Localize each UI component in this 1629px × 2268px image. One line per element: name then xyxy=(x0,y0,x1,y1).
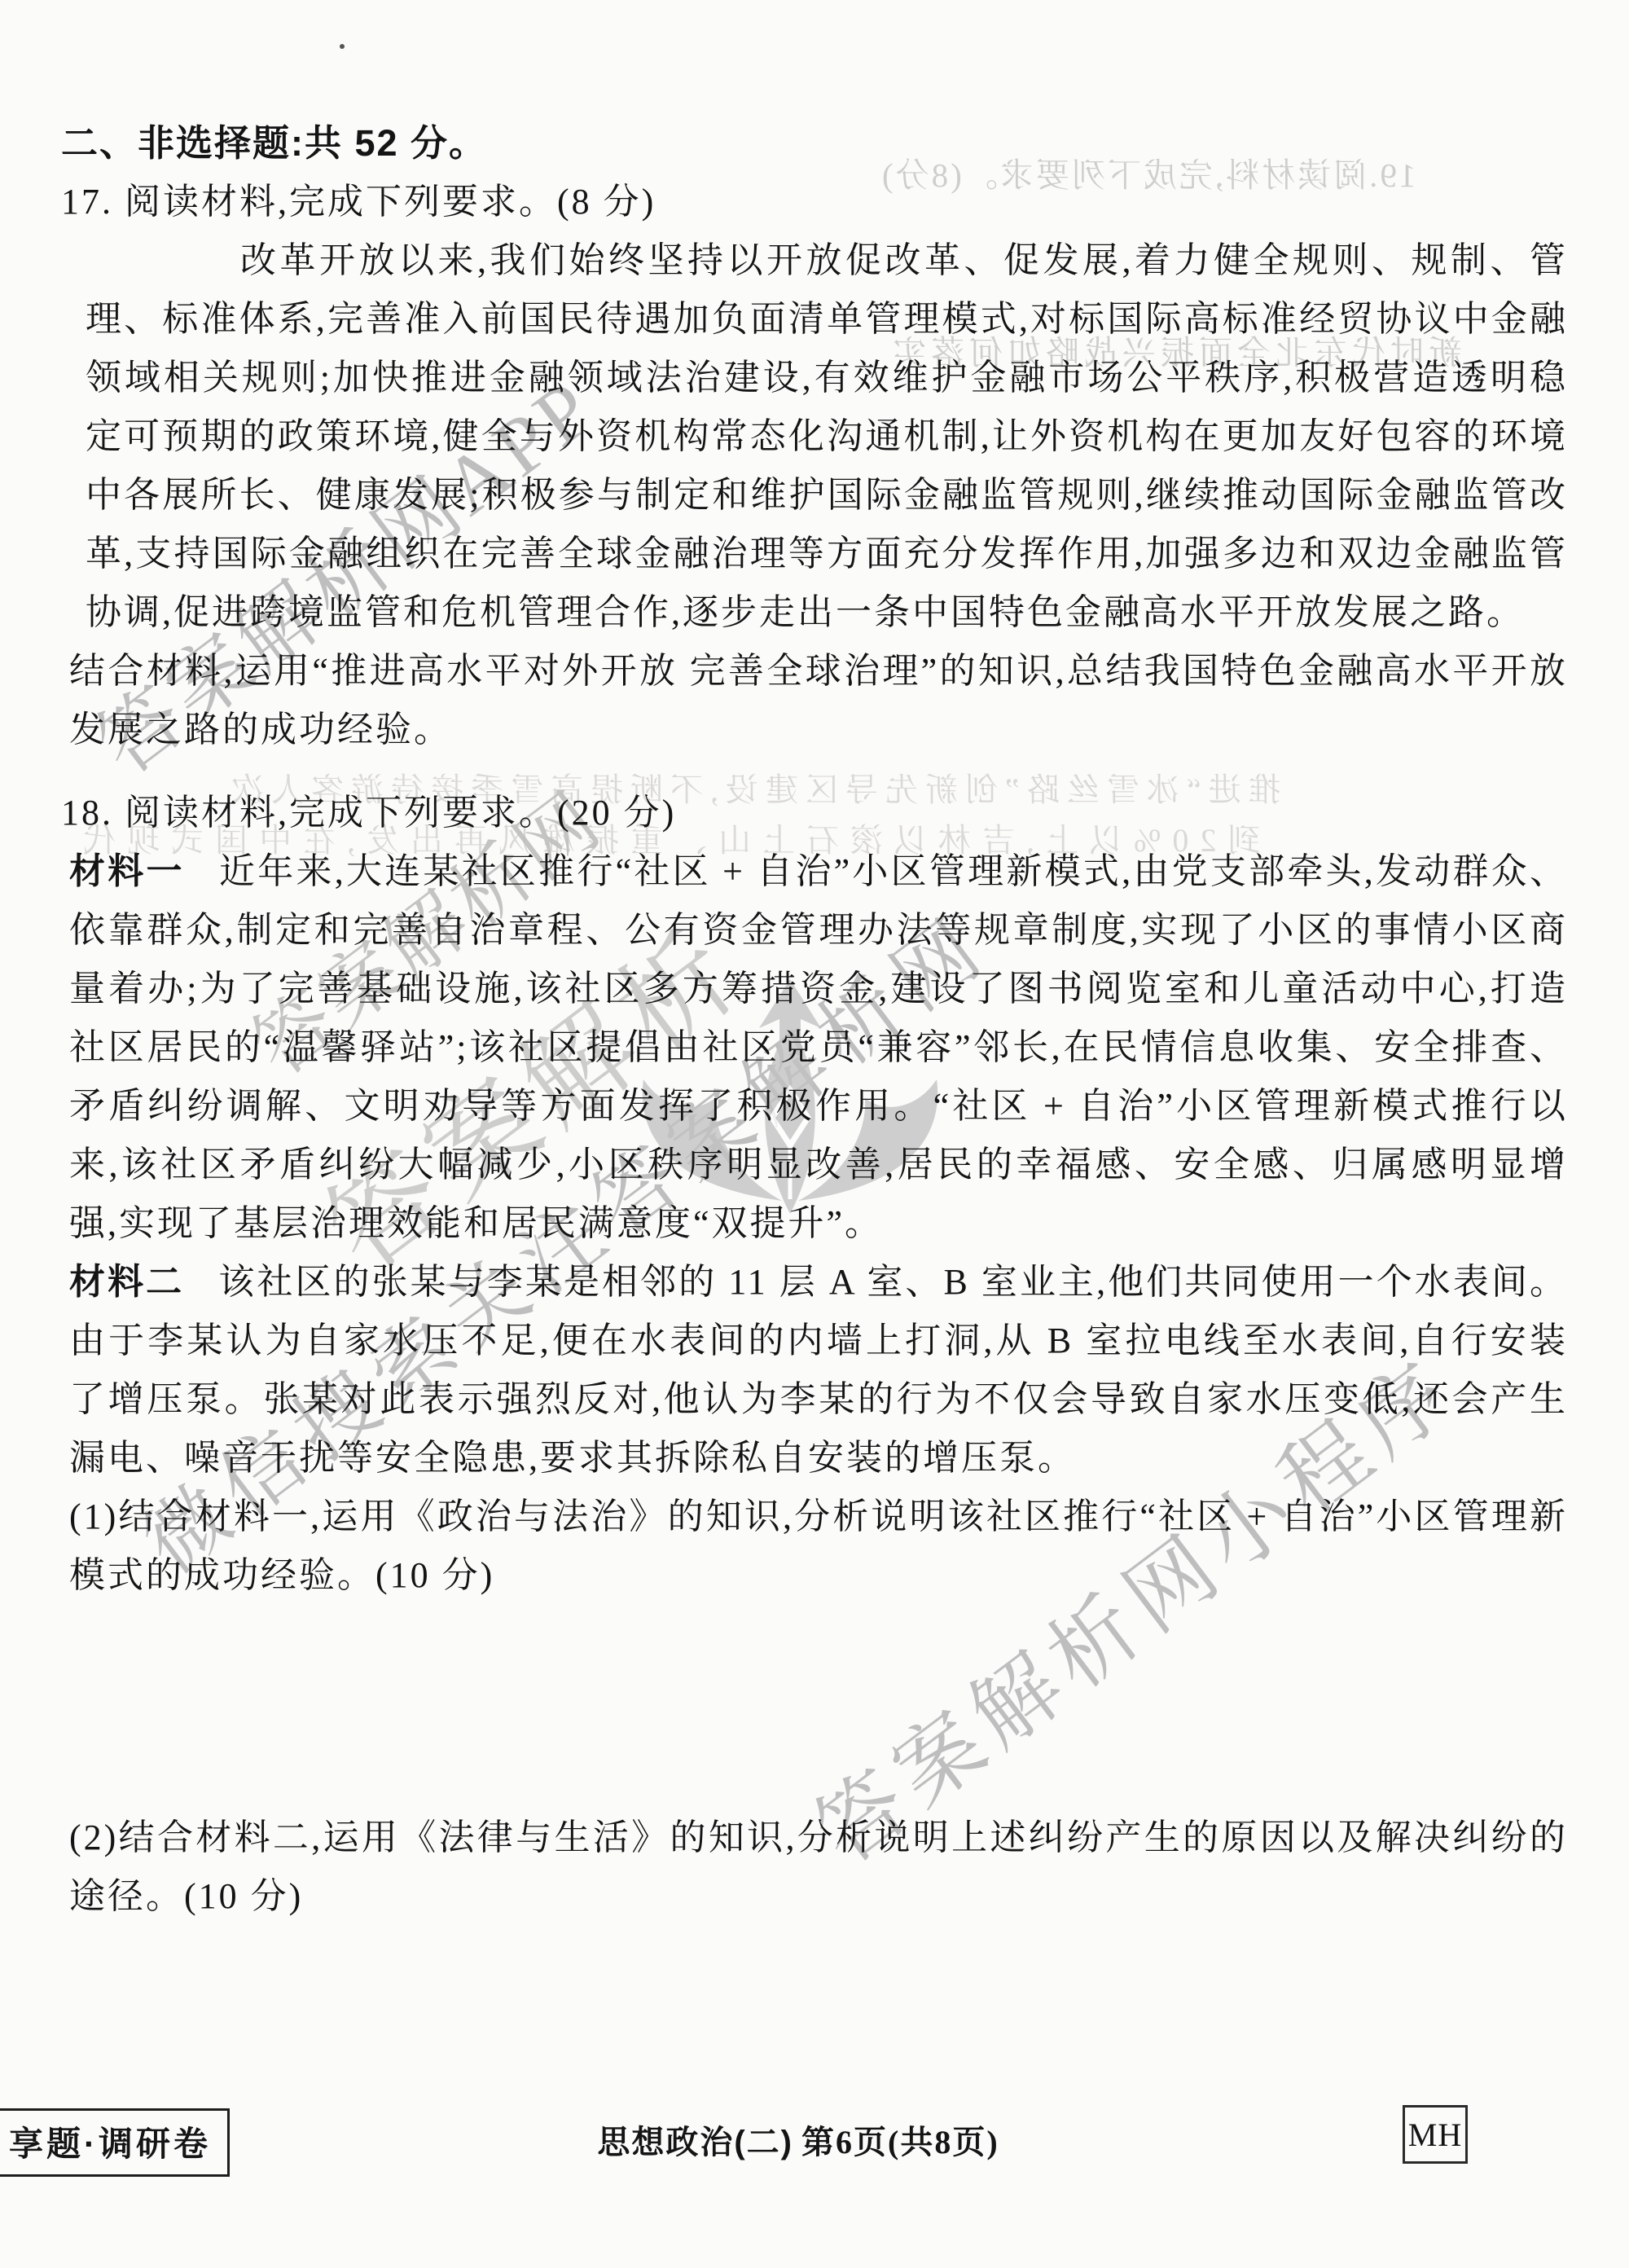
page-footer: 思想政治(二)第6页(共8页) xyxy=(0,2116,1596,2163)
footer-subject-title: 思想政治(二) xyxy=(597,2125,793,2160)
question-18-number: 18. xyxy=(61,793,113,833)
exam-content: 二、非选择题:共 52 分。 17.阅读材料,完成下列要求。(8 分) 改革开放… xyxy=(0,0,1629,1926)
question-18-title: 18.阅读材料,完成下列要求。(20 分) xyxy=(61,784,1568,842)
question-17-title: 17.阅读材料,完成下列要求。(8 分) xyxy=(61,173,1568,231)
material-2-label: 材料二 xyxy=(69,1262,184,1302)
footer-page-number: 第6页(共8页) xyxy=(801,2124,999,2160)
question-17-number: 17. xyxy=(61,182,113,222)
material-1-label: 材料一 xyxy=(69,851,185,891)
question-18-sub-2: (2)结合材料二,运用《法律与生活》的知识,分析说明上述纠纷产生的原因以及解决纠… xyxy=(69,1809,1568,1926)
material-1-text: 近年来,大连某社区推行“社区 + 自治”小区管理新模式,由党支部牵头,发动群众、… xyxy=(69,851,1568,1243)
question-17-material: 改革开放以来,我们始终坚持以开放促改革、促发展,着力健全规则、规制、管理、标准体… xyxy=(86,231,1568,642)
exam-page-scan: 答案解析网APP 答案解析网 微信搜索关注答案解析网 答案解析网小程序 答案解析… xyxy=(0,0,1629,2268)
answer-space xyxy=(61,1605,1568,1809)
vertical-gap xyxy=(61,759,1568,784)
question-18-title-text: 阅读材料,完成下列要求。(20 分) xyxy=(125,793,676,833)
question-17-title-text: 阅读材料,完成下列要求。(8 分) xyxy=(125,182,656,222)
question-18-sub-1: (1)结合材料一,运用《政治与法治》的知识,分析说明该社区推行“社区 + 自治”… xyxy=(69,1488,1568,1605)
section-header: 二、非选择题:共 52 分。 xyxy=(61,114,1568,173)
publisher-badge: MH xyxy=(1403,2105,1468,2164)
material-2-text: 该社区的张某与李某是相邻的 11 层 A 室、B 室业主,他们共同使用一个水表间… xyxy=(69,1262,1568,1478)
question-18-material-1: 材料一近年来,大连某社区推行“社区 + 自治”小区管理新模式,由党支部牵头,发动… xyxy=(69,842,1568,1253)
question-17-task: 结合材料,运用“推进高水平对外开放 完善全球治理”的知识,总结我国特色金融高水平… xyxy=(69,642,1568,759)
question-18-material-2: 材料二该社区的张某与李某是相邻的 11 层 A 室、B 室业主,他们共同使用一个… xyxy=(69,1253,1568,1488)
